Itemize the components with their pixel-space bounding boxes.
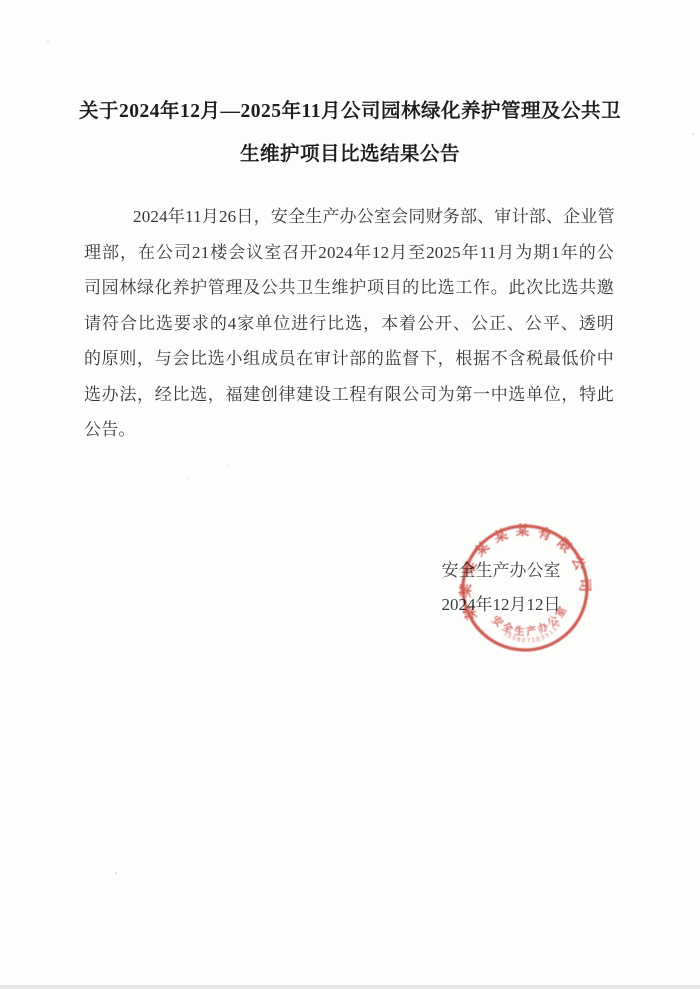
scan-speck: [692, 133, 694, 135]
svg-text:3508071035119: 3508071035119: [501, 621, 565, 649]
seal-serial-number: 3508071035119: [501, 621, 565, 649]
signature-office: 安全生产办公室: [391, 554, 611, 588]
scan-speck: [228, 465, 230, 466]
paragraph-line: 的原则，与会比选小组成员在审计部的监督下，根据不含税最低价中: [84, 341, 614, 377]
signature-date: 2024年12月12日: [391, 588, 611, 622]
paragraph-line: 司园林绿化养护管理及公共卫生维护项目的比选工作。此次比选共邀: [84, 270, 614, 306]
page-title-line-2: 生维护项目比选结果公告: [0, 133, 700, 176]
page-title: 关于2024年12月—2025年11月公司园林绿化养护管理及公共卫 生维护项目比…: [0, 90, 700, 176]
scan-speck: [115, 872, 117, 874]
scan-speck: [47, 41, 49, 43]
signature-block: 安全生产办公室 2024年12月12日: [391, 554, 611, 622]
scan-bottom-edge: [0, 985, 700, 989]
paragraph-line: 2024年11月26日，安全生产办公室会同财务部、审计部、企业管: [84, 199, 614, 235]
document-page: 关于2024年12月—2025年11月公司园林绿化养护管理及公共卫 生维护项目比…: [0, 0, 700, 989]
paragraph-line: 请符合比选要求的4家单位进行比选，本着公开、公正、公平、透明: [84, 306, 614, 342]
scan-speck: [186, 478, 188, 479]
body-paragraph: 2024年11月26日，安全生产办公室会同财务部、审计部、企业管 理部，在公司2…: [84, 199, 614, 448]
paragraph-line: 选办法，经比选，福建创律建设工程有限公司为第一中选单位，特此: [84, 377, 614, 413]
page-title-line-1: 关于2024年12月—2025年11月公司园林绿化养护管理及公共卫: [0, 90, 700, 133]
paragraph-line: 理部，在公司21楼会议室召开2024年12月至2025年11月为期1年的公: [84, 235, 614, 271]
paragraph-line: 公告。: [84, 412, 614, 448]
